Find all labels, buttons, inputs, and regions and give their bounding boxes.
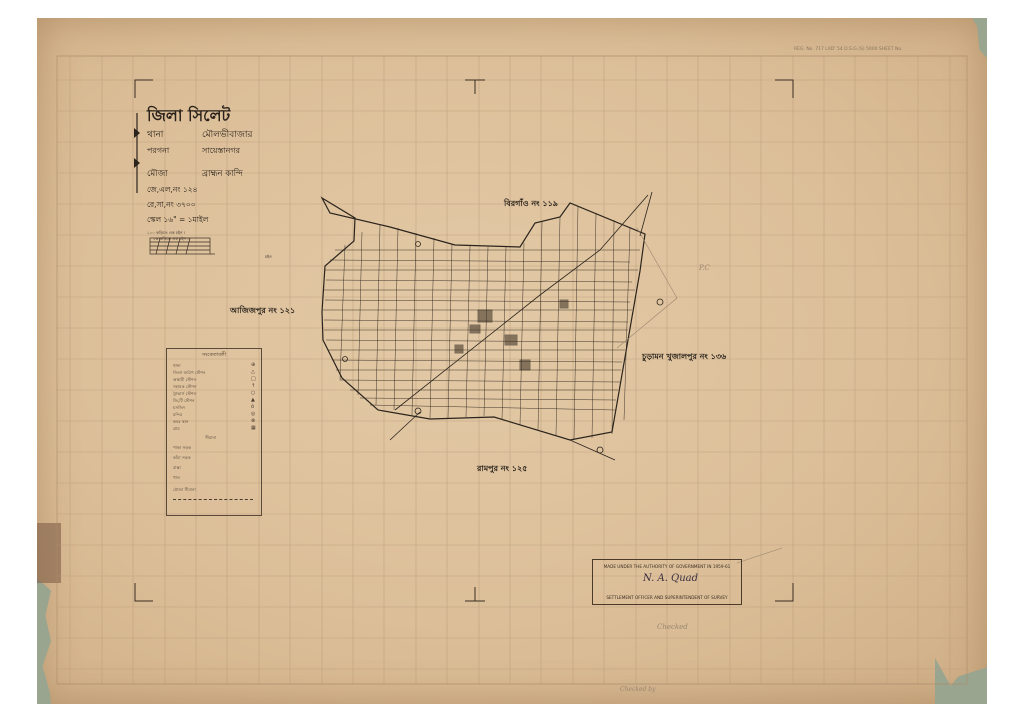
legend-row: কাঁচা সড়ক [173, 455, 191, 462]
square-symbol-icon: □ [251, 376, 256, 382]
legend-row: কবর স্থান [173, 419, 188, 426]
pargana-label: পরগনা [147, 145, 169, 158]
officer-title: SETTLEMENT OFFICER AND SUPERINTENDENT OF… [593, 595, 741, 600]
legend-row: জি,টি স্টেশন [173, 398, 195, 405]
legend-row: জিলা জরিপ স্টেশন [173, 370, 206, 377]
graveyard-symbol-icon: ⊗ [251, 418, 255, 424]
pencil-note: Checked by [620, 686, 656, 693]
sheet-registration-text: REG. No. 717 LXD' 54 D.S.G.(S) 5000 SHEE… [794, 47, 902, 52]
mouza-label: মৌজা [147, 167, 168, 181]
legend-row: ট্রাভার্স স্টেশন [173, 391, 196, 398]
adjacent-mouza-west: আজিজপুর নং ১২১ [230, 305, 295, 318]
thana-value: মৌলভীবাজার [202, 127, 252, 142]
legend-title: সংকেতাবলী [167, 352, 261, 360]
authority-line: MADE UNDER THE AUTHORITY OF GOVERNMENT I… [593, 564, 741, 569]
district-title: জিলা সিলেট [147, 103, 230, 130]
thana-label: থানা [147, 127, 163, 142]
scale-bar-label: চইন [265, 254, 272, 261]
legend-row: গ্রাম [173, 426, 180, 433]
adjacent-mouza-south: রামপুর নং ১২৫ [477, 463, 527, 476]
legend-row: অস্থায়ী স্টেশন [173, 377, 196, 384]
signature: N. A. Quad [643, 573, 698, 584]
pargana-value: সায়েস্তানগর [202, 145, 240, 158]
village-symbol-icon: ▦ [251, 425, 256, 431]
adjacent-mouza-east: চুড়ামন খুজালপুর নং ১৩৬ [642, 351, 726, 364]
mouza-value: ব্রাহ্মন কান্দি [202, 167, 243, 181]
legend-row: পাকা সড়ক [173, 445, 191, 452]
legend-row: সীমানা [205, 435, 216, 442]
arrow-symbol-icon: ↑ [251, 383, 255, 389]
legend-row: রাস্তা [173, 465, 181, 472]
legend-row: খাল [173, 475, 180, 482]
legend-row: সহায়ক স্টেশন [173, 384, 196, 391]
legend-box: সংকেতাবলী থানা ⊕ জিলা জরিপ স্টেশন △ অস্থ… [166, 348, 262, 516]
pencil-note: P.C [699, 264, 710, 272]
scale-note-2: ১৬ কড়িতে এক চইন । [153, 236, 189, 243]
rs-number: রে,সা,নং ৩৭০০ [147, 200, 196, 212]
pencil-note: Checked [657, 623, 688, 631]
legend-row: মন্দির [173, 412, 182, 419]
legend-row: মৌজা সীমানা [173, 487, 196, 494]
legend-row: মসজিদ [173, 405, 185, 412]
circle-symbol-icon: ○ [251, 390, 255, 396]
filled-triangle-symbol-icon: ▲ [251, 397, 255, 403]
adjacent-mouza-north: বিরগাঁও নং ১১৯ [504, 198, 558, 211]
thana-symbol-icon: ⊕ [251, 362, 255, 368]
scale-text: স্কেল ১৬" = ১মাইল [147, 215, 208, 227]
mosque-symbol-icon: ô [251, 404, 254, 410]
mouza-parcels [322, 192, 663, 460]
temple-symbol-icon: ◎ [251, 411, 255, 417]
map-sheet: REG. No. 717 LXD' 54 D.S.G.(S) 5000 SHEE… [37, 18, 987, 704]
triangle-symbol-icon: △ [251, 369, 255, 375]
legend-row: থানা [173, 363, 181, 370]
legend-boundary-sample [173, 499, 253, 500]
jl-number: জে,এল,নং ১২৪ [147, 185, 198, 197]
authority-box: MADE UNDER THE AUTHORITY OF GOVERNMENT I… [592, 559, 742, 605]
